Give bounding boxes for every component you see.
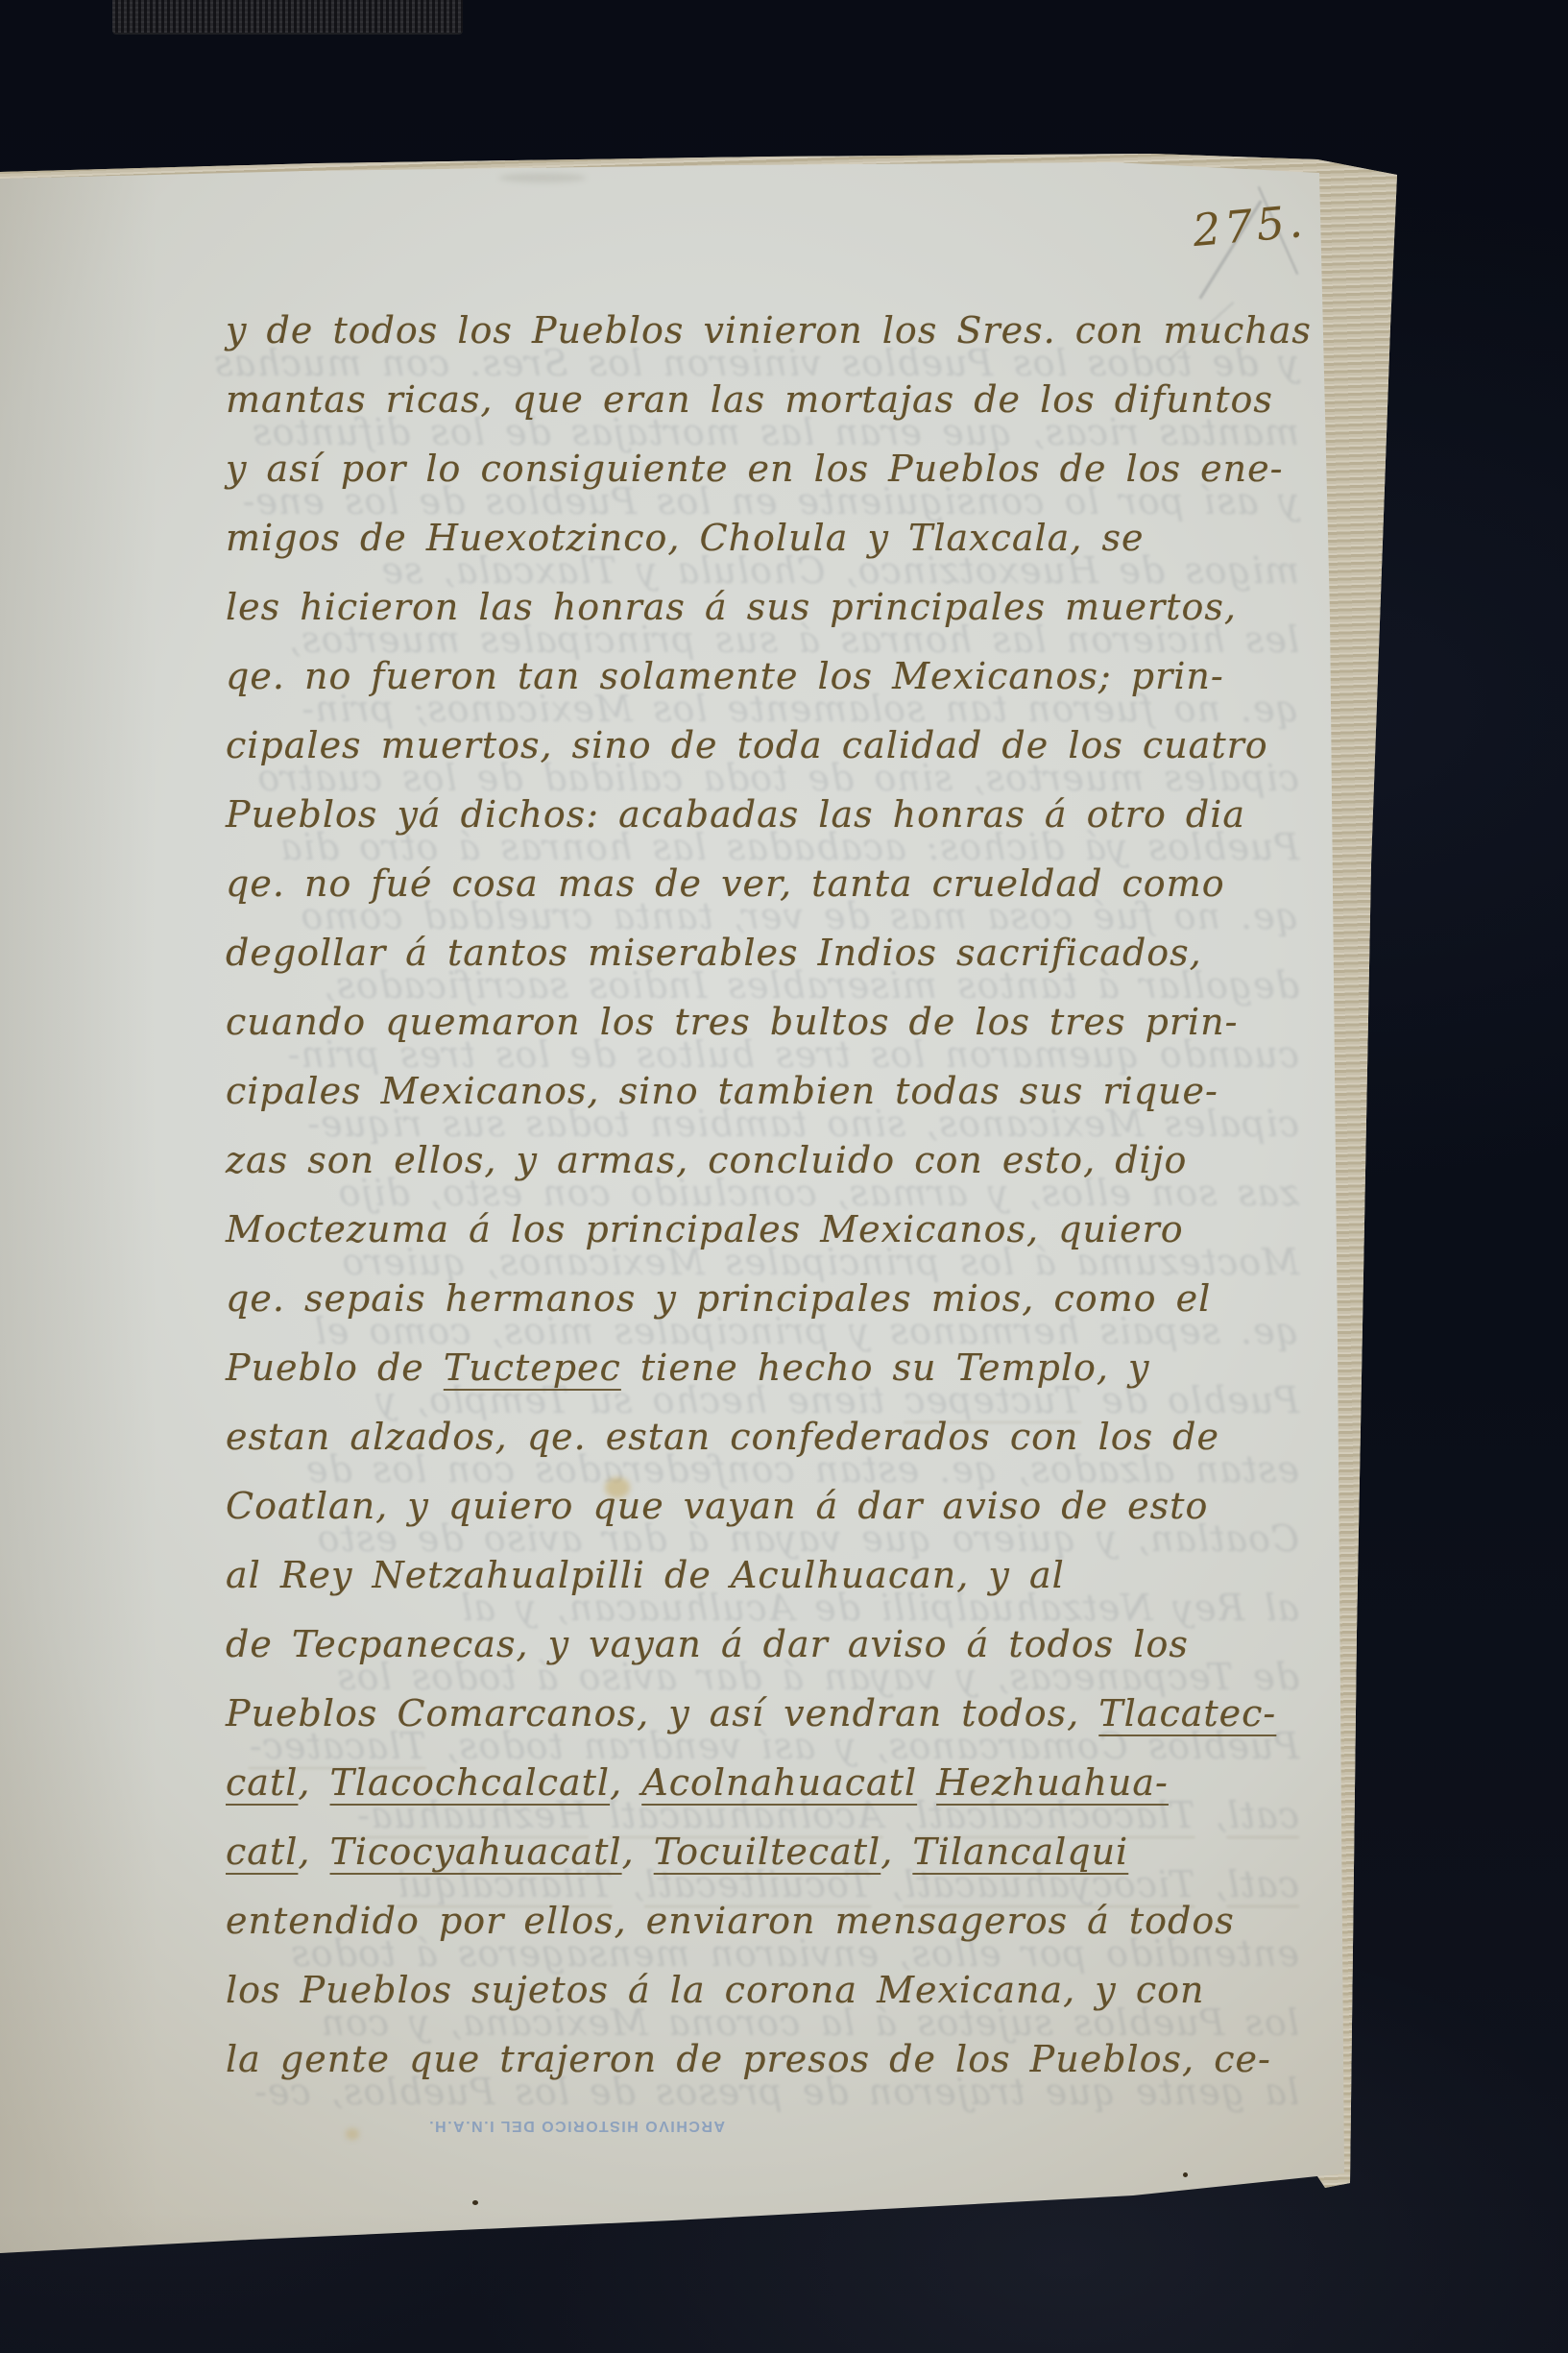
manuscript-line: al Rey Netzahualpilli de Aculhuacan, y a… [0, 1540, 1568, 1610]
underlined-word: Tuctepec [444, 1346, 621, 1389]
folio-number: 275. [1191, 195, 1309, 256]
paper-stain [499, 173, 586, 182]
manuscript-line: los Pueblos sujetos á la corona Mexicana… [0, 1955, 1568, 2025]
manuscript-line: cuando quemaron los tres bultos de los t… [0, 987, 1568, 1056]
underlined-word: Tocuiltecatl [654, 1831, 880, 1873]
archive-stamp: ARCHIVO HISTORICO DEL I.N.A.H. [437, 2117, 725, 2134]
manuscript-line: Coatlan, y quiero que vayan á dar aviso … [0, 1471, 1568, 1540]
manuscript-line: entendido por ellos, enviaron mensageros… [0, 1886, 1568, 1955]
manuscript-line: cipales Mexicanos, sino tambien todas su… [0, 1056, 1568, 1126]
underlined-word: Hezhuahua- [936, 1761, 1169, 1804]
ink-speck [1183, 2172, 1188, 2177]
photograph-canvas: { "page": { "folio_number": "275.", "sta… [0, 0, 1568, 2353]
manuscript-line: estan alzados, qe. estan confederados co… [0, 1402, 1568, 1471]
underlined-word: Tilancalqui [912, 1831, 1128, 1873]
underlined-word: Ticocyahuacatl [330, 1831, 622, 1873]
manuscript-line: Moctezuma á los principales Mexicanos, q… [0, 1195, 1568, 1264]
paper-stain [346, 2128, 359, 2140]
manuscript-line: la gente que trajeron de presos de los P… [0, 2025, 1568, 2094]
manuscript-line: catl, Tlacochcalcatl, Acolnahuacatl Hezh… [0, 1748, 1568, 1817]
underlined-word: catl [226, 1831, 298, 1873]
underlined-word: Tlacatec- [1098, 1692, 1276, 1734]
manuscript-line: catl, Ticocyahuacatl, Tocuiltecatl, Tila… [0, 1817, 1568, 1886]
manuscript-line: degollar á tantos miserables Indios sacr… [0, 918, 1568, 987]
manuscript-line: de Tecpanecas, y vayan á dar aviso á tod… [0, 1610, 1568, 1679]
underlined-word: catl [226, 1761, 298, 1804]
manuscript-line: Pueblos Comarcanos, y así vendran todos,… [0, 1679, 1568, 1748]
manuscript-line: zas son ellos, y armas, concluido con es… [0, 1126, 1568, 1195]
manuscript-line: qe. sepais hermanos y principales mios, … [0, 1264, 1568, 1333]
manuscript-line: Pueblo de Tuctepec tiene hecho su Templo… [0, 1333, 1568, 1402]
ink-speck [472, 2200, 478, 2205]
velcro-strip [112, 0, 463, 35]
underlined-word: Tlacochcalcatl [330, 1761, 611, 1804]
underlined-word: Acolnahuacatl [641, 1761, 917, 1804]
